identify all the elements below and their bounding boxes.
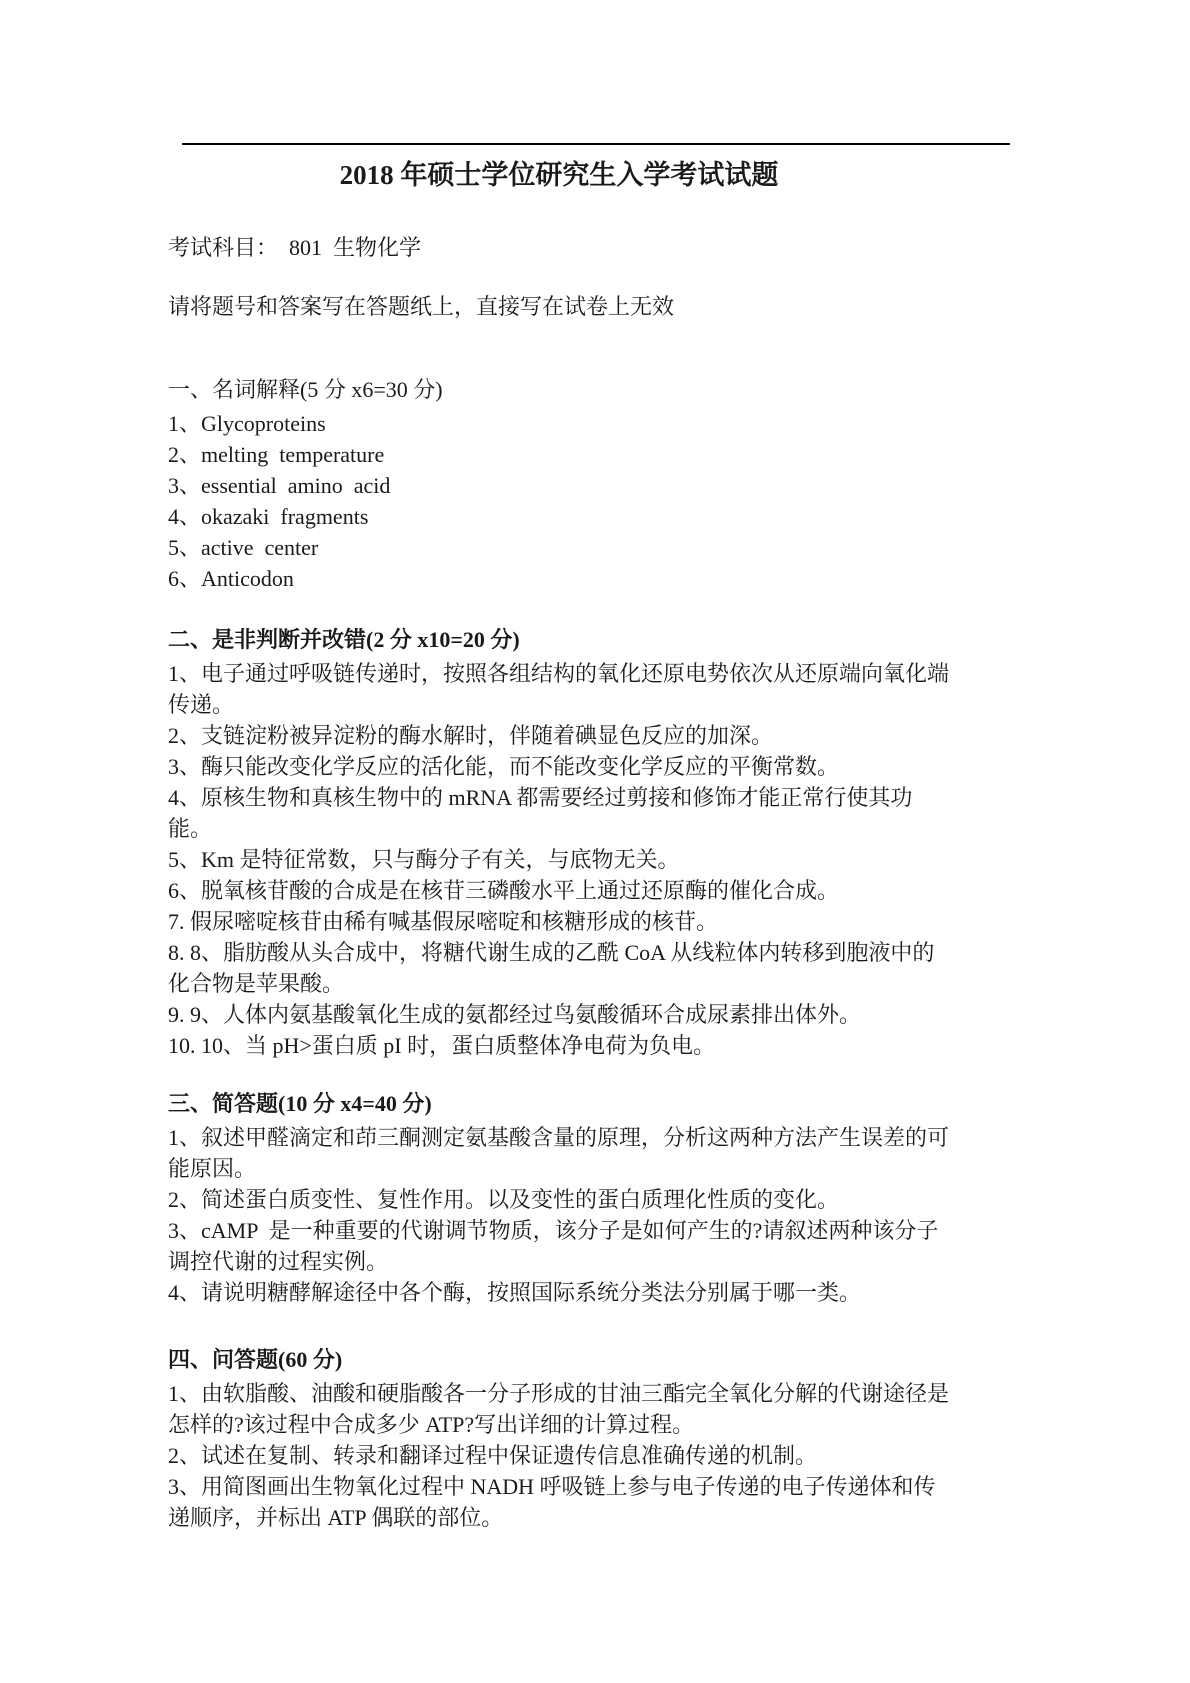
question-item: 6、Anticodon [168,563,950,594]
question-item: 8. 8、脂肪酸从头合成中，将糖代谢生成的乙酰 CoA 从线粒体内转移到胞液中的… [168,937,950,999]
sections-container: 一、名词解释(5 分 x6=30 分)1、Glycoproteins2、melt… [168,374,950,1533]
question-item: 9. 9、人体内氨基酸氧化生成的氨都经过鸟氨酸循环合成尿素排出体外。 [168,999,950,1030]
question-item: 4、okazaki fragments [168,501,950,532]
question-item: 4、请说明糖酵解途径中各个酶，按照国际系统分类法分别属于哪一类。 [168,1277,950,1308]
question-item: 1、Glycoproteins [168,408,950,439]
exam-section-2: 二、是非判断并改错(2 分 x10=20 分)1、电子通过呼吸链传递时，按照各组… [168,624,950,1061]
question-item: 2、试述在复制、转录和翻译过程中保证遗传信息准确传递的机制。 [168,1440,950,1471]
question-item: 2、支链淀粉被异淀粉的酶水解时，伴随着碘显色反应的加深。 [168,720,950,751]
section-heading: 四、问答题(60 分) [168,1344,950,1375]
exam-subject-line: 考试科目： 801 生物化学 [168,232,950,263]
question-item: 2、简述蛋白质变性、复性作用。以及变性的蛋白质理化性质的变化。 [168,1184,950,1215]
exam-section-1: 一、名词解释(5 分 x6=30 分)1、Glycoproteins2、melt… [168,374,950,594]
exam-section-3: 三、简答题(10 分 x4=40 分)1、叙述甲醛滴定和茚三酮测定氨基酸含量的原… [168,1088,950,1308]
exam-instruction: 请将题号和答案写在答题纸上，直接写在试卷上无效 [168,291,950,322]
question-item: 4、原核生物和真核生物中的 mRNA 都需要经过剪接和修饰才能正常行使其功能。 [168,782,950,844]
exam-content: 2018 年硕士学位研究生入学考试试题 考试科目： 801 生物化学 请将题号和… [168,158,950,1533]
question-item: 10. 10、当 pH>蛋白质 pI 时，蛋白质整体净电荷为负电。 [168,1030,950,1061]
exam-section-4: 四、问答题(60 分)1、由软脂酸、油酸和硬脂酸各一分子形成的甘油三酯完全氧化分… [168,1344,950,1533]
section-heading: 一、名词解释(5 分 x6=30 分) [168,374,950,405]
question-item: 1、由软脂酸、油酸和硬脂酸各一分子形成的甘油三酯完全氧化分解的代谢途径是怎样的?… [168,1378,950,1440]
question-item: 5、Km 是特征常数，只与酶分子有关，与底物无关。 [168,844,950,875]
exam-title: 2018 年硕士学位研究生入学考试试题 [168,158,950,192]
question-item: 7. 假尿嘧啶核苷由稀有喊基假尿嘧啶和核糖形成的核苷。 [168,906,950,937]
question-item: 3、用简图画出生物氧化过程中 NADH 呼吸链上参与电子传递的电子传递体和传递顺… [168,1471,950,1533]
exam-paper-page: 2018 年硕士学位研究生入学考试试题 考试科目： 801 生物化学 请将题号和… [0,0,1190,1683]
question-item: 3、cAMP 是一种重要的代谢调节物质，该分子是如何产生的?请叙述两种该分子调控… [168,1215,950,1277]
question-item: 1、叙述甲醛滴定和茚三酮测定氨基酸含量的原理，分析这两种方法产生误差的可能原因。 [168,1122,950,1184]
question-item: 3、essential amino acid [168,470,950,501]
question-item: 5、active center [168,532,950,563]
question-item: 1、电子通过呼吸链传递时，按照各组结构的氧化还原电势依次从还原端向氧化端传递。 [168,658,950,720]
question-item: 6、脱氧核苷酸的合成是在核苷三磷酸水平上通过还原酶的催化合成。 [168,875,950,906]
section-heading: 三、简答题(10 分 x4=40 分) [168,1088,950,1119]
section-heading: 二、是非判断并改错(2 分 x10=20 分) [168,624,950,655]
question-item: 2、melting temperature [168,439,950,470]
question-item: 3、酶只能改变化学反应的活化能，而不能改变化学反应的平衡常数。 [168,751,950,782]
header-rule-divider [182,143,1010,145]
